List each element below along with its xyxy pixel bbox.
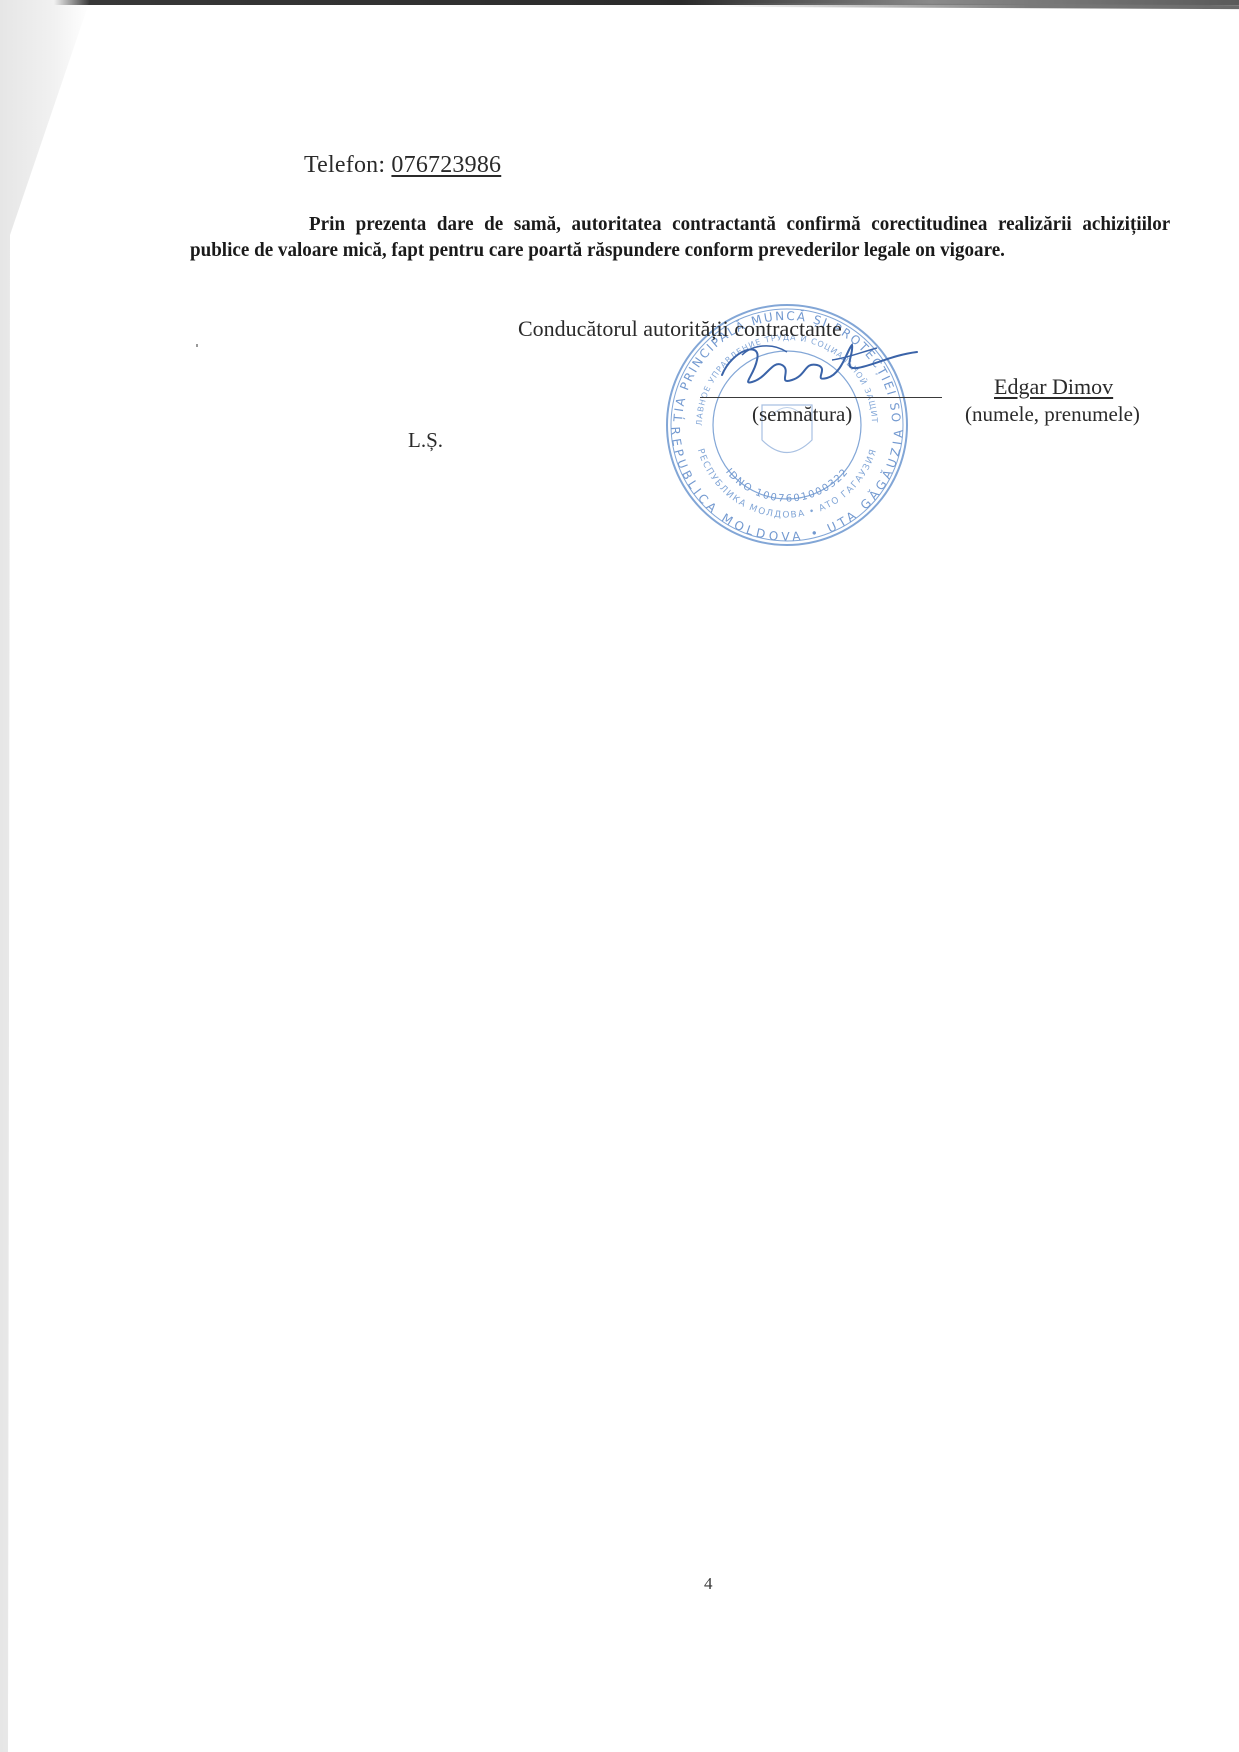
scan-top-edge-shadow <box>720 3 1239 9</box>
phone-label: Telefon: <box>304 152 385 178</box>
scan-speck <box>196 344 198 347</box>
handwritten-signature <box>712 330 922 400</box>
scan-fold-shadow <box>0 0 90 1752</box>
signatory-name: Edgar Dimov <box>994 374 1113 400</box>
name-caption: (numele, prenumele) <box>965 402 1140 427</box>
seal-placeholder-label: L.Ș. <box>408 428 443 453</box>
page-number: 4 <box>704 1574 713 1594</box>
confirmation-text: Prin prezenta dare de samă, autoritatea … <box>190 213 1170 261</box>
phone-line: Telefon: 076723986 <box>304 152 501 179</box>
confirmation-paragraph: Prin prezenta dare de samă, autoritatea … <box>190 211 1170 263</box>
signature-caption: (semnătura) <box>752 402 852 427</box>
stamp-outer-bottom-text: REPUBLICA MOLDOVA • UTA GĂGĂUZIA <box>668 426 906 544</box>
phone-value: 076723986 <box>391 152 501 178</box>
svg-text:REPUBLICA MOLDOVA • UTA GĂGĂUZ: REPUBLICA MOLDOVA • UTA GĂGĂUZIA <box>668 426 906 544</box>
